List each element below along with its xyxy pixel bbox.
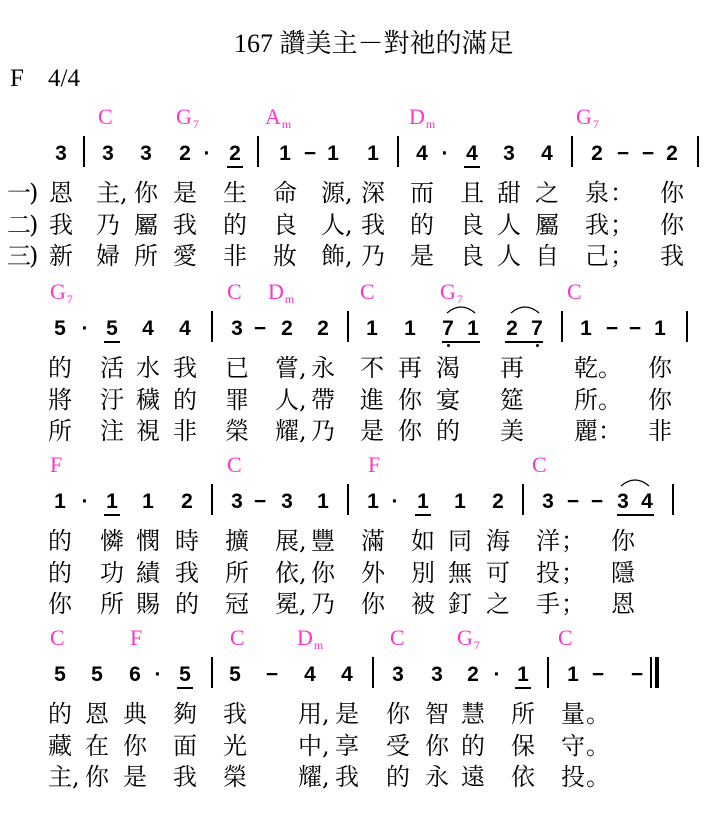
lyric-line-verse-1: 的 恩 典 夠 我 用, 是 你 智 慧 所 量 。 (0, 699, 717, 729)
note: 5 (223, 663, 247, 687)
chord-root: D (268, 279, 284, 304)
augmentation-dot: · (433, 142, 457, 166)
note: 1 (48, 490, 72, 514)
lyric-punctuation: 。 (598, 353, 622, 383)
lyric-line-verse-3: 你 所 賜 的 冠 冕, 乃 你 被 釘 之 手 ； 恩 (0, 589, 717, 619)
lyric-syllable: 功 (100, 558, 124, 588)
lyric-syllable: 憐 (100, 526, 124, 556)
note: 1 (648, 317, 672, 341)
lyric-punctuation: ； (561, 558, 585, 588)
lyric-syllable: 且 (460, 178, 484, 208)
chord-quality: 7 (474, 638, 480, 652)
hymn-title: 167 讚美主－對祂的滿足 (234, 29, 514, 59)
note: 4 (635, 490, 659, 514)
lyric-syllable: 中, (298, 731, 330, 761)
lyric-syllable: 美 (500, 416, 524, 446)
lyric-syllable: 汙 (100, 385, 124, 415)
lyric-syllable: 外 (361, 558, 385, 588)
lyric-syllable: 賜 (136, 589, 160, 619)
lyric-syllable: 的 (386, 762, 410, 792)
lyric-syllable: 活 (100, 353, 124, 383)
hymn-sheet: 167 讚美主－對祂的滿足 F 4/4 C G7 Am Dm G7 3 3 3 … (0, 0, 717, 838)
note: 3 (497, 142, 521, 166)
chord-quality: m (282, 117, 291, 131)
lyric-syllable: 我 (49, 210, 73, 240)
time-signature: 4/4 (48, 65, 80, 93)
lyric-syllable: 罪 (225, 385, 249, 415)
chord-quality: m (285, 292, 294, 306)
lyric-syllable: 穢 (136, 385, 160, 415)
lyric-syllable: 展, (275, 526, 307, 556)
lyric-syllable: 投 (536, 558, 560, 588)
note: 4 (335, 663, 359, 687)
chord-symbol: C (227, 280, 243, 304)
note: 2 (175, 490, 199, 514)
barline (211, 484, 213, 515)
lyric-syllable: 乃 (311, 416, 335, 446)
dash-hold: − (586, 663, 610, 687)
lyric-syllable: 冕, (275, 589, 307, 619)
chord-quality: m (426, 117, 435, 131)
lyric-syllable: 良 (460, 241, 484, 271)
barline (522, 484, 524, 515)
note: 7 (525, 317, 549, 341)
chord-root: C (98, 104, 113, 129)
lyric-syllable: 擴 (225, 526, 249, 556)
lyric-syllable: 我 (361, 210, 385, 240)
dash-hold: − (260, 663, 284, 687)
lyric-syllable: 在 (85, 731, 109, 761)
lyric-syllable: 是 (335, 699, 359, 729)
lyric-syllable: 藏 (48, 731, 72, 761)
dash-hold: − (248, 490, 272, 514)
lyric-syllable: 保 (511, 731, 535, 761)
chord-root: G (576, 104, 592, 129)
lyric-syllable: 所 (100, 589, 124, 619)
chord-symbol: Dm (409, 105, 435, 129)
chord-root: C (227, 279, 242, 304)
chord-quality: m (314, 638, 323, 652)
barline (547, 657, 549, 688)
barline (571, 136, 573, 167)
barline (211, 657, 213, 688)
chord-root: F (130, 625, 142, 650)
note: 2 (275, 317, 299, 341)
barline (372, 657, 374, 688)
lyric-syllable: 典 (123, 699, 147, 729)
lyric-syllable: 你 (85, 762, 109, 792)
lyric-syllable: 你 (660, 210, 684, 240)
final-barline-thin (650, 657, 652, 688)
lyric-syllable: 恩 (611, 589, 635, 619)
slur (620, 477, 650, 487)
lyric-syllable: 投 (561, 762, 585, 792)
slur (446, 304, 476, 314)
underline-beam (505, 341, 543, 343)
chord-symbol: C (230, 626, 246, 650)
dash-hold: − (625, 663, 649, 687)
lyric-syllable: 榮 (223, 762, 247, 792)
barline (347, 484, 349, 515)
note: 5 (173, 663, 197, 687)
lyric-syllable: 我 (175, 558, 199, 588)
lyric-syllable: 人 (497, 241, 521, 271)
lyric-syllable: 無 (448, 558, 472, 588)
chord-symbol: Am (265, 105, 291, 129)
note: 3 (425, 663, 449, 687)
lyric-syllable: 海 (486, 526, 510, 556)
lyric-syllable: 所 (574, 385, 598, 415)
lyric-line-verse-3: 所 注 視 非 榮 耀, 乃 是 你 的 美 麗 ： 非 (0, 416, 717, 446)
lyric-syllable: 甜 (497, 178, 521, 208)
lyric-syllable: 己 (585, 241, 609, 271)
lyric-punctuation: 。 (586, 762, 610, 792)
lyric-syllable: 愛 (173, 241, 197, 271)
lyric-syllable: 人 (497, 210, 521, 240)
underline-beam (177, 687, 193, 689)
barline (347, 311, 349, 342)
lyric-syllable: 遠 (461, 762, 485, 792)
lyric-syllable: 將 (48, 385, 72, 415)
chord-quality: 7 (593, 117, 599, 131)
lyric-syllable: 乃 (96, 210, 120, 240)
note: 4 (410, 142, 434, 166)
lyric-syllable: 的 (436, 416, 460, 446)
note: 3 (611, 490, 635, 514)
lyric-syllable: 的 (223, 210, 247, 240)
chord-root: C (567, 279, 582, 304)
lyric-syllable: 我 (173, 210, 197, 240)
lyric-syllable: 自 (535, 241, 559, 271)
note: 2 (223, 142, 247, 166)
lyric-syllable: 再 (398, 353, 422, 383)
lyric-syllable: 非 (648, 416, 672, 446)
lyric-syllable: 面 (173, 731, 197, 761)
lyric-syllable: 洋 (536, 526, 560, 556)
note: 1 (311, 490, 335, 514)
chord-symbol: Dm (268, 280, 294, 304)
lyric-syllable: 渴 (436, 353, 460, 383)
lyric-syllable: 命 (273, 178, 297, 208)
note: 2 (500, 317, 524, 341)
final-barline-thick (655, 657, 659, 688)
chord-symbol: G7 (576, 105, 599, 129)
chord-symbol: G7 (440, 280, 463, 304)
lyric-syllable: 永 (311, 353, 335, 383)
chord-symbol: G7 (176, 105, 199, 129)
note: 1 (361, 490, 385, 514)
lyric-line-verse-2: 藏 在 你 面 光 中, 享 受 你 的 保 守 。 (0, 731, 717, 761)
note: 1 (136, 490, 160, 514)
lyric-syllable: 的 (410, 210, 434, 240)
lyric-line-verse-3: 三) 新 婦 所 愛 非 妝 飾, 乃 是 良 人 自 己 ； 我 (0, 241, 717, 271)
lyric-syllable: 釘 (448, 589, 472, 619)
lyric-syllable: 是 (123, 762, 147, 792)
lyric-line-verse-3: 主, 你 是 我 榮 耀, 我 的 永 遠 依 投 。 (0, 762, 717, 792)
dash-hold: − (600, 317, 624, 341)
lyric-syllable: 所 (511, 699, 535, 729)
lyric-syllable: 是 (410, 241, 434, 271)
chord-symbol: C (558, 626, 574, 650)
chord-root: G (176, 104, 192, 129)
lyric-syllable: 依 (511, 762, 535, 792)
chord-symbol: F (50, 453, 63, 477)
chord-root: D (297, 625, 313, 650)
lyric-syllable: 再 (500, 353, 524, 383)
chord-root: G (50, 279, 66, 304)
note: 7 (436, 317, 460, 341)
underline-beam (464, 166, 480, 168)
lyric-syllable: 憫 (136, 526, 160, 556)
lyric-syllable: 生 (223, 178, 247, 208)
lyric-syllable: 我 (335, 762, 359, 792)
low-octave-dot (447, 344, 450, 347)
lyric-line-verse-2: 二) 我 乃 屬 我 的 良 人, 我 的 良 人 屬 我 ； 你 (0, 210, 717, 240)
lyric-line-verse-1: 的 活 水 我 已 嘗, 永 不 再 渴 再 乾 。 你 (0, 353, 717, 383)
lyric-syllable: 乃 (361, 241, 385, 271)
lyric-syllable: 我 (173, 353, 197, 383)
chord-symbol: F (130, 626, 143, 650)
low-octave-dot (536, 344, 539, 347)
lyric-line-verse-2: 將 汙 穢 的 罪 人, 帶 進 你 宴 筵 所 。 你 (0, 385, 717, 415)
lyric-syllable: 我 (585, 210, 609, 240)
chord-symbol: G7 (50, 280, 73, 304)
underline-beam (617, 514, 654, 516)
chord-root: C (360, 279, 375, 304)
chord-symbol: C (98, 105, 114, 129)
note: 1 (361, 142, 385, 166)
chord-root: G (457, 625, 473, 650)
lyric-syllable: 如 (411, 526, 435, 556)
chord-symbol: C (532, 453, 548, 477)
lyric-syllable: 注 (100, 416, 124, 446)
lyric-syllable: 永 (425, 762, 449, 792)
note: 1 (100, 490, 124, 514)
lyric-syllable: 別 (411, 558, 435, 588)
lyric-syllable: 量 (561, 699, 585, 729)
lyric-syllable: 麗 (574, 416, 598, 446)
verse-label: 三) (7, 241, 36, 271)
note: 2 (173, 142, 197, 166)
note: 1 (574, 317, 598, 341)
lyric-syllable: 用, (298, 699, 330, 729)
note: 3 (386, 663, 410, 687)
lyric-syllable: 我 (223, 699, 247, 729)
barline (697, 136, 699, 167)
lyric-syllable: 享 (335, 731, 359, 761)
note: 2 (660, 142, 684, 166)
note: 1 (398, 317, 422, 341)
lyric-punctuation: ； (610, 210, 634, 240)
augmentation-dot: · (195, 142, 219, 166)
lyric-syllable: 你 (425, 731, 449, 761)
barline (397, 136, 399, 167)
lyric-syllable: 榮 (225, 416, 249, 446)
dash-hold: − (248, 317, 272, 341)
lyric-syllable: 屬 (535, 210, 559, 240)
lyric-syllable: 依, (275, 558, 307, 588)
chord-symbol: C (567, 280, 583, 304)
chord-root: C (50, 625, 65, 650)
lyric-line-verse-1: 的 憐 憫 時 擴 展, 豐 滿 如 同 海 洋 ； 你 (0, 526, 717, 556)
note: 4 (535, 142, 559, 166)
chord-root: C (558, 625, 573, 650)
chord-symbol: C (390, 626, 406, 650)
note: 1 (511, 663, 535, 687)
lyric-syllable: 手 (536, 589, 560, 619)
lyric-syllable: 恩 (85, 699, 109, 729)
note: 4 (298, 663, 322, 687)
lyric-punctuation: ： (610, 178, 634, 208)
augmentation-dot: · (485, 663, 509, 687)
lyric-syllable: 你 (123, 731, 147, 761)
lyric-syllable: 隱 (611, 558, 635, 588)
lyric-syllable: 非 (173, 416, 197, 446)
lyric-syllable: 所 (225, 558, 249, 588)
note: 4 (173, 317, 197, 341)
chord-root: C (532, 452, 547, 477)
lyric-syllable: 的 (48, 699, 72, 729)
lyric-syllable: 你 (398, 416, 422, 446)
augmentation-dot: · (383, 490, 407, 514)
dash-hold: − (636, 142, 660, 166)
lyric-syllable: 新 (49, 241, 73, 271)
lyric-syllable: 所 (134, 241, 158, 271)
note: 1 (321, 142, 345, 166)
slur (510, 304, 540, 314)
note: 3 (536, 490, 560, 514)
note: 3 (134, 142, 158, 166)
chord-root: D (409, 104, 425, 129)
lyric-syllable: 冠 (225, 589, 249, 619)
note: 5 (85, 663, 109, 687)
lyric-syllable: 績 (136, 558, 160, 588)
chord-symbol: Dm (297, 626, 323, 650)
underline-beam (104, 341, 120, 343)
dash-hold: − (585, 490, 609, 514)
lyric-syllable: 同 (448, 526, 472, 556)
dash-hold: − (298, 142, 322, 166)
note: 5 (100, 317, 124, 341)
lyric-syllable: 主, (48, 762, 80, 792)
note: 1 (461, 317, 485, 341)
chord-symbol: C (227, 453, 243, 477)
lyric-syllable: 泉 (585, 178, 609, 208)
lyric-syllable: 你 (648, 385, 672, 415)
note: 6 (123, 663, 147, 687)
lyric-syllable: 你 (648, 353, 672, 383)
lyric-syllable: 良 (460, 210, 484, 240)
chord-root: C (227, 452, 242, 477)
barline (561, 311, 563, 342)
lyric-syllable: 筵 (500, 385, 524, 415)
note: 3 (96, 142, 120, 166)
lyric-syllable: 的 (173, 385, 197, 415)
lyric-punctuation: ； (561, 526, 585, 556)
note: 1 (273, 142, 297, 166)
note: 5 (48, 317, 72, 341)
verse-label: 一) (7, 178, 36, 208)
lyric-syllable: 之 (486, 589, 510, 619)
lyric-syllable: 夠 (173, 699, 197, 729)
lyric-syllable: 耀, (298, 762, 330, 792)
lyric-syllable: 深 (361, 178, 385, 208)
lyric-syllable: 慧 (461, 699, 485, 729)
lyric-syllable: 之 (535, 178, 559, 208)
lyric-syllable: 智 (425, 699, 449, 729)
lyric-syllable: 水 (136, 353, 160, 383)
note: 4 (136, 317, 160, 341)
chord-quality: 7 (67, 292, 73, 306)
lyric-line-verse-1: 一) 恩 主, 你 是 生 命 源, 深 而 且 甜 之 泉 ： 你 (0, 178, 717, 208)
note: 4 (460, 142, 484, 166)
lyric-syllable: 視 (136, 416, 160, 446)
note: 1 (561, 663, 585, 687)
underline-beam (104, 514, 120, 516)
note: 2 (311, 317, 335, 341)
chord-symbol: F (368, 453, 381, 477)
note: 3 (275, 490, 299, 514)
chord-symbol: G7 (457, 626, 480, 650)
lyric-syllable: 可 (486, 558, 510, 588)
lyric-syllable: 的 (48, 558, 72, 588)
lyric-syllable: 妝 (273, 241, 297, 271)
chord-root: A (265, 104, 281, 129)
note: 2 (585, 142, 609, 166)
lyric-syllable: 時 (175, 526, 199, 556)
staff-system-1: C G7 Am Dm G7 3 3 3 2 · 2 1 − 1 1 4 · 4 … (0, 105, 717, 275)
lyric-syllable: 你 (361, 589, 385, 619)
note: 2 (486, 490, 510, 514)
lyric-syllable: 的 (175, 589, 199, 619)
lyric-syllable: 的 (48, 526, 72, 556)
lyric-punctuation: ； (610, 241, 634, 271)
staff-system-3: F C F C 1 · 1 1 2 3 − 3 1 1 · 1 1 2 3 − … (0, 453, 717, 623)
lyric-syllable: 滿 (361, 526, 385, 556)
chord-root: F (50, 452, 62, 477)
lyric-syllable: 良 (273, 210, 297, 240)
lyric-syllable: 宴 (436, 385, 460, 415)
chord-root: C (230, 625, 245, 650)
underline-beam (515, 687, 531, 689)
lyric-syllable: 屬 (134, 210, 158, 240)
lyric-syllable: 守 (561, 731, 585, 761)
note: 2 (461, 663, 485, 687)
augmentation-dot: · (73, 317, 97, 341)
lyric-syllable: 主, (96, 178, 128, 208)
augmentation-dot: · (146, 663, 170, 687)
lyric-syllable: 我 (660, 241, 684, 271)
lyric-syllable: 你 (311, 558, 335, 588)
lyric-syllable: 耀, (275, 416, 307, 446)
lyric-syllable: 已 (225, 353, 249, 383)
lyric-syllable: 非 (223, 241, 247, 271)
key-signature: F (10, 65, 24, 93)
lyric-syllable: 人, (275, 385, 307, 415)
lyric-punctuation: ： (598, 416, 622, 446)
note: 5 (48, 663, 72, 687)
lyric-syllable: 你 (386, 699, 410, 729)
lyric-syllable: 的 (48, 353, 72, 383)
lyric-syllable: 人, (321, 210, 353, 240)
dash-hold: − (611, 142, 635, 166)
lyric-syllable: 光 (223, 731, 247, 761)
lyric-syllable: 進 (360, 385, 384, 415)
lyric-syllable: 而 (410, 178, 434, 208)
lyric-syllable: 嘗, (275, 353, 307, 383)
lyric-syllable: 源, (321, 178, 353, 208)
lyric-syllable: 不 (360, 353, 384, 383)
